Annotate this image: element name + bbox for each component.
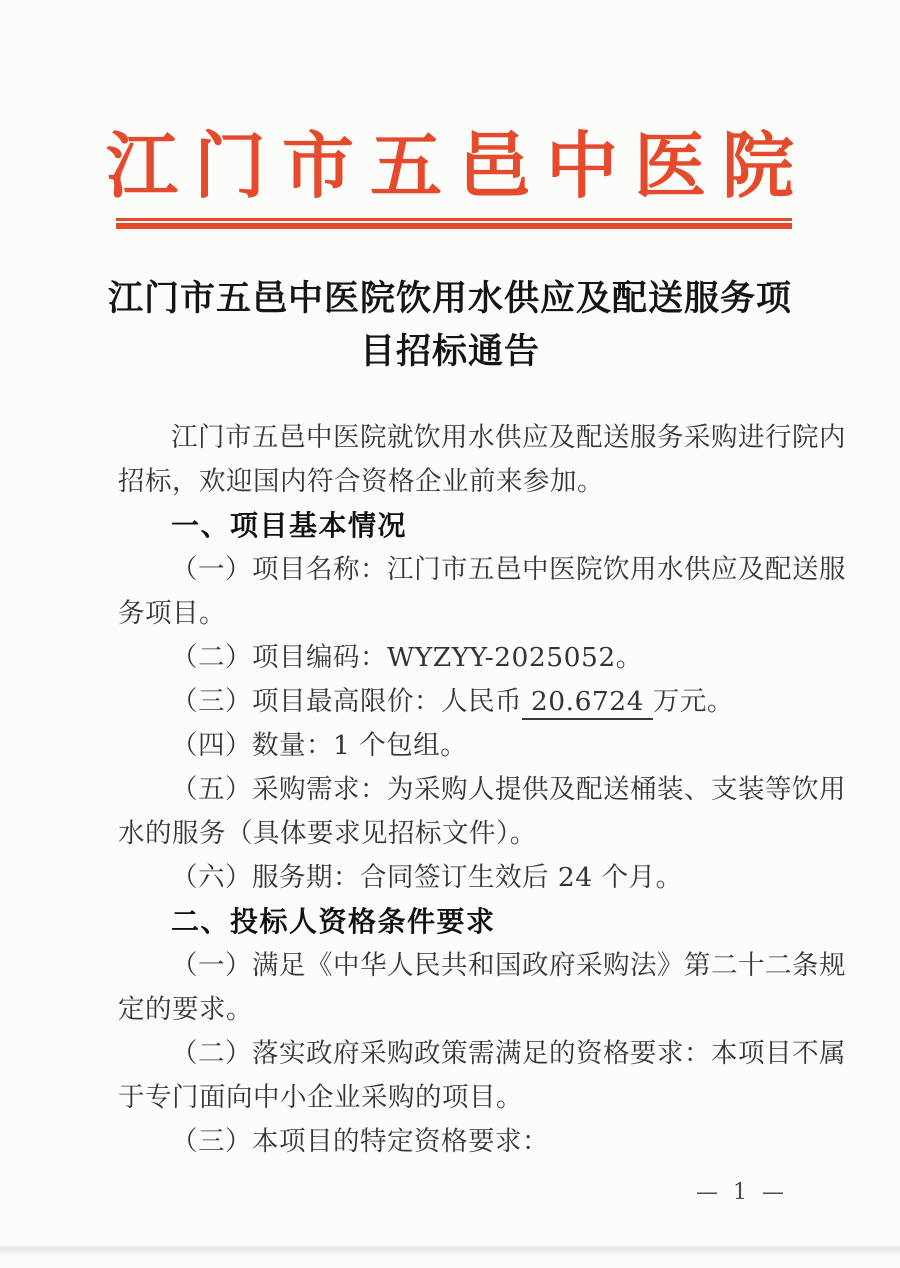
hospital-letterhead: 江门市五邑中医院 — [0, 124, 900, 208]
text-segment: （三）项目最高限价：人民币 — [171, 686, 522, 717]
document-line: 定的要求。 — [118, 988, 788, 1032]
section-heading: 一、项目基本情况 — [118, 504, 788, 548]
document-line: 江门市五邑中医院就饮用水供应及配送服务采购进行院内 — [118, 416, 788, 460]
scan-edge-shadow — [0, 1244, 900, 1256]
document-title-line-2: 目招标通告 — [0, 325, 900, 378]
document-line: （二）项目编码：WYZYY-2025052。 — [118, 636, 788, 680]
section-heading: 二、投标人资格条件要求 — [118, 900, 788, 944]
document-line: （三）项目最高限价：人民币 20.6724 万元。 — [118, 680, 788, 724]
document-line: （一）满足《中华人民共和国政府采购法》第二十二条规 — [118, 944, 788, 988]
document-line: （二）落实政府采购政策需满足的资格要求：本项目不属 — [118, 1032, 788, 1076]
text-segment: 万元。 — [653, 686, 734, 717]
document-line: （三）本项目的特定资格要求： — [118, 1120, 788, 1164]
document-body: 江门市五邑中医院就饮用水供应及配送服务采购进行院内招标，欢迎国内符合资格企业前来… — [118, 416, 788, 1164]
letterhead-rule — [116, 218, 792, 229]
scanned-document-page: 江门市五邑中医院 江门市五邑中医院饮用水供应及配送服务项 目招标通告 江门市五邑… — [0, 0, 900, 1268]
document-line: （六）服务期：合同签订生效后 24 个月。 — [118, 856, 788, 900]
document-line: 于专门面向中小企业采购的项目。 — [118, 1076, 788, 1120]
document-line: （四）数量：1 个包组。 — [118, 724, 788, 768]
underlined-price-value: 20.6724 — [522, 686, 653, 720]
document-line: 招标，欢迎国内符合资格企业前来参加。 — [118, 460, 788, 504]
document-line: （一）项目名称：江门市五邑中医院饮用水供应及配送服 — [118, 548, 788, 592]
page-number: — 1 — — [696, 1180, 788, 1205]
document-line: （五）采购需求：为采购人提供及配送桶装、支装等饮用 — [118, 768, 788, 812]
document-line: 水的服务（具体要求见招标文件）。 — [118, 812, 788, 856]
document-title: 江门市五邑中医院饮用水供应及配送服务项 目招标通告 — [0, 272, 900, 378]
document-line: 务项目。 — [118, 592, 788, 636]
document-title-line-1: 江门市五邑中医院饮用水供应及配送服务项 — [0, 272, 900, 325]
